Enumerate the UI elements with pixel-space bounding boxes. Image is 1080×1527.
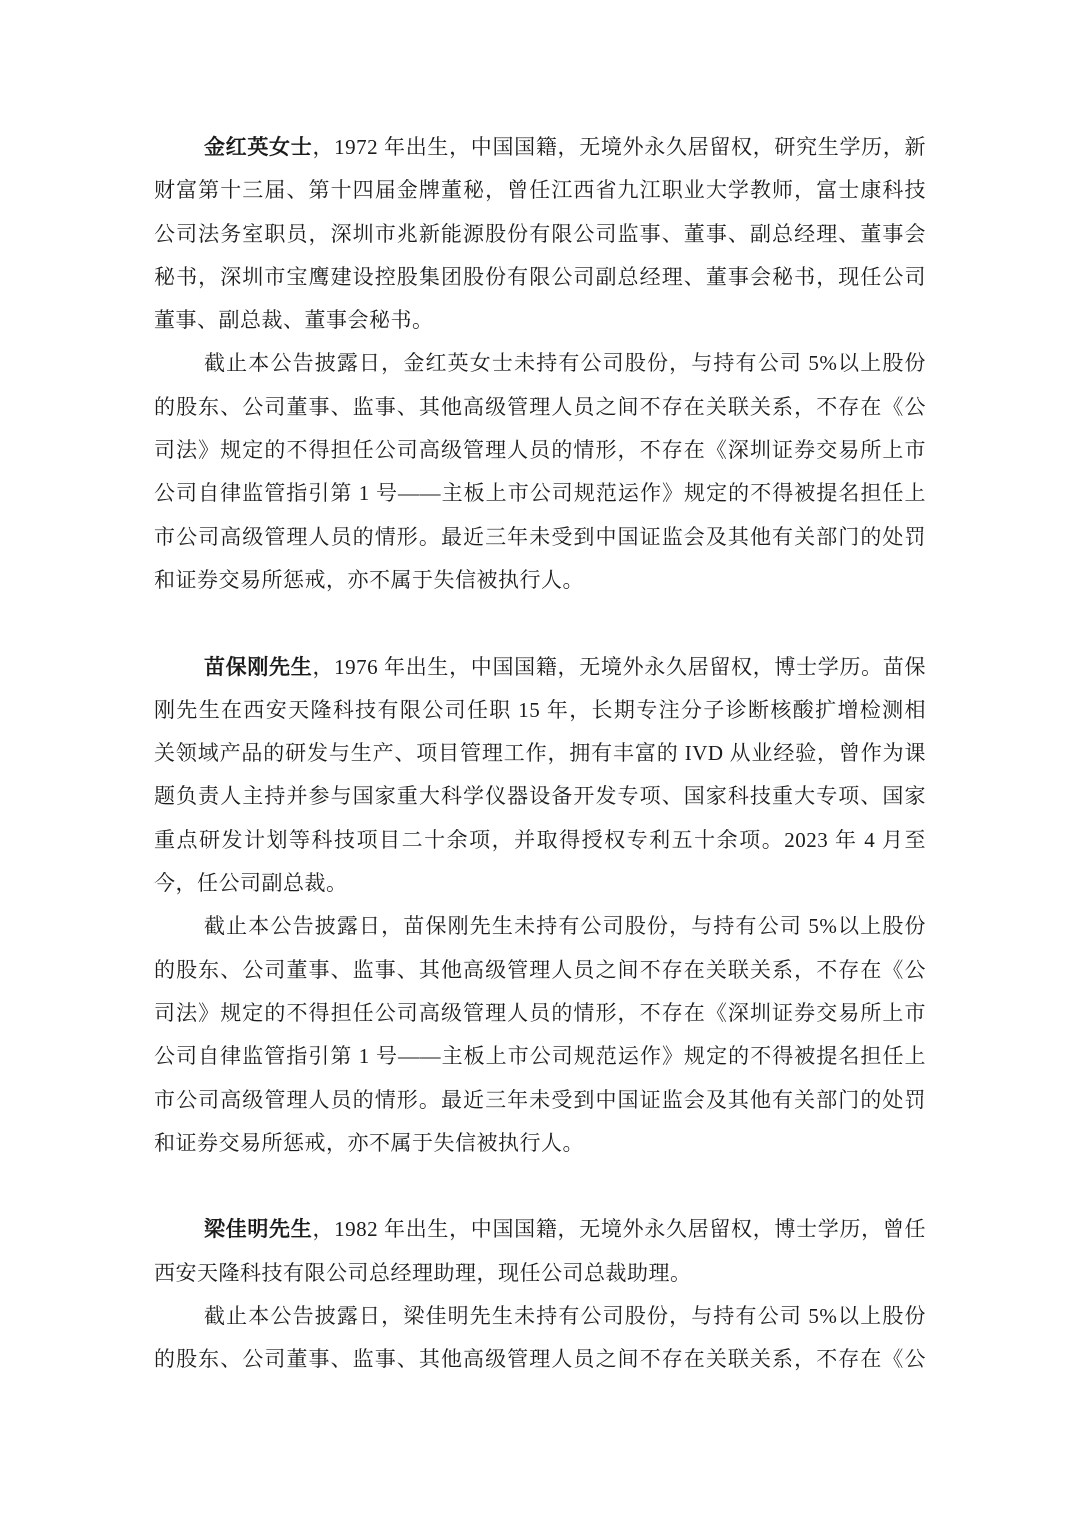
bio-paragraph-liang-jiaming: 梁佳明先生，1982 年出生，中国国籍，无境外永久居留权，博士学历，曾任西安天隆… bbox=[154, 1208, 926, 1295]
person-name: 金红英女士 bbox=[204, 135, 312, 159]
text-line: 截止本公告披露日，金红英女士未持有公司股份，与持有公司 5%以上股份 bbox=[154, 342, 926, 385]
text-line: 关领域产品的研发与生产、项目管理工作，拥有丰富的 IVD 从业经验，曾作为课 bbox=[154, 732, 926, 775]
text-line: 截止本公告披露日，梁佳明先生未持有公司股份，与持有公司 5%以上股份 bbox=[154, 1295, 926, 1338]
text-line: 市公司高级管理人员的情形。最近三年未受到中国证监会及其他有关部门的处罚 bbox=[154, 1079, 926, 1122]
announcement-page: 金红英女士，1972 年出生，中国国籍，无境外永久居留权，研究生学历，新财富第十… bbox=[0, 0, 1080, 1527]
text-line: 公司法务室职员，深圳市兆新能源股份有限公司监事、董事、副总经理、董事会 bbox=[154, 213, 926, 256]
text-line: 的股东、公司董事、监事、其他高级管理人员之间不存在关联关系，不存在《公 bbox=[154, 386, 926, 429]
person-name: 苗保刚先生 bbox=[204, 655, 312, 679]
disclosure-paragraph-jin-hongying: 截止本公告披露日，金红英女士未持有公司股份，与持有公司 5%以上股份的股东、公司… bbox=[154, 342, 926, 602]
document-body: 金红英女士，1972 年出生，中国国籍，无境外永久居留权，研究生学历，新财富第十… bbox=[154, 126, 926, 1382]
text-line: 公司自律监管指引第 1 号——主板上市公司规范运作》规定的不得被提名担任上 bbox=[154, 1035, 926, 1078]
text-line: 题负责人主持并参与国家重大科学仪器设备开发专项、国家科技重大专项、国家 bbox=[154, 775, 926, 818]
disclosure-paragraph-miao-baogang: 截止本公告披露日，苗保刚先生未持有公司股份，与持有公司 5%以上股份的股东、公司… bbox=[154, 905, 926, 1165]
text-line: 截止本公告披露日，苗保刚先生未持有公司股份，与持有公司 5%以上股份 bbox=[154, 905, 926, 948]
text-line: 董事、副总裁、董事会秘书。 bbox=[154, 299, 926, 342]
bio-paragraph-jin-hongying: 金红英女士，1972 年出生，中国国籍，无境外永久居留权，研究生学历，新财富第十… bbox=[154, 126, 926, 342]
person-name: 梁佳明先生 bbox=[204, 1217, 312, 1241]
text-line: 财富第十三届、第十四届金牌董秘，曾任江西省九江职业大学教师，富士康科技 bbox=[154, 169, 926, 212]
text-line: 刚先生在西安天隆科技有限公司任职 15 年，长期专注分子诊断核酸扩增检测相 bbox=[154, 689, 926, 732]
text-line: 的股东、公司董事、监事、其他高级管理人员之间不存在关联关系，不存在《公 bbox=[154, 1338, 926, 1381]
text-line: 的股东、公司董事、监事、其他高级管理人员之间不存在关联关系，不存在《公 bbox=[154, 949, 926, 992]
text-line: 市公司高级管理人员的情形。最近三年未受到中国证监会及其他有关部门的处罚 bbox=[154, 516, 926, 559]
bio-paragraph-miao-baogang: 苗保刚先生，1976 年出生，中国国籍，无境外永久居留权，博士学历。苗保刚先生在… bbox=[154, 646, 926, 906]
text-line: 梁佳明先生，1982 年出生，中国国籍，无境外永久居留权，博士学历，曾任 bbox=[154, 1208, 926, 1251]
disclosure-paragraph-liang-jiaming-truncated: 截止本公告披露日，梁佳明先生未持有公司股份，与持有公司 5%以上股份的股东、公司… bbox=[154, 1295, 926, 1382]
text-line: 金红英女士，1972 年出生，中国国籍，无境外永久居留权，研究生学历，新 bbox=[154, 126, 926, 169]
text-line: 和证券交易所惩戒，亦不属于失信被执行人。 bbox=[154, 559, 926, 602]
text-line: 苗保刚先生，1976 年出生，中国国籍，无境外永久居留权，博士学历。苗保 bbox=[154, 646, 926, 689]
text-line: 司法》规定的不得担任公司高级管理人员的情形，不存在《深圳证券交易所上市 bbox=[154, 992, 926, 1035]
text-line: 重点研发计划等科技项目二十余项，并取得授权专利五十余项。2023 年 4 月至 bbox=[154, 819, 926, 862]
text-line: 西安天隆科技有限公司总经理助理，现任公司总裁助理。 bbox=[154, 1252, 926, 1295]
text-line: 和证券交易所惩戒，亦不属于失信被执行人。 bbox=[154, 1122, 926, 1165]
text-line: 今，任公司副总裁。 bbox=[154, 862, 926, 905]
text-line: 秘书，深圳市宝鹰建设控股集团股份有限公司副总经理、董事会秘书，现任公司 bbox=[154, 256, 926, 299]
text-line: 公司自律监管指引第 1 号——主板上市公司规范运作》规定的不得被提名担任上 bbox=[154, 472, 926, 515]
text-line: 司法》规定的不得担任公司高级管理人员的情形，不存在《深圳证券交易所上市 bbox=[154, 429, 926, 472]
